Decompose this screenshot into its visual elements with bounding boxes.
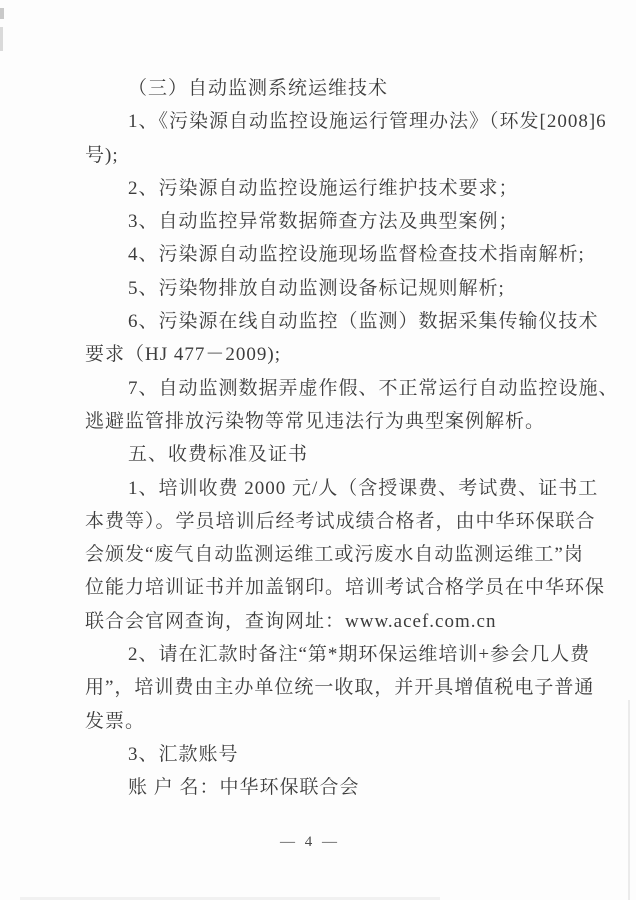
text-line: 位能力培训证书并加盖钢印。培训考试合格学员在中华环保 [85, 571, 563, 604]
text-line: 2、污染源自动监控设施运行维护技术要求； [85, 172, 563, 205]
text-line: 1、培训收费 2000 元/人（含授课费、考试费、证书工 [85, 472, 563, 505]
text-line: 2、请在汇款时备注“第*期环保运维培训+参会几人费 [85, 638, 563, 671]
text-line: 用”，培训费由主办单位统一收取，并开具增值税电子普通 [85, 671, 563, 704]
text-line: 号); [85, 139, 563, 172]
text-line: （三）自动监测系统运维技术 [85, 72, 563, 105]
text-line: 5、污染物排放自动监测设备标记规则解析; [85, 272, 563, 305]
text-line: 账 户 名：中华环保联合会 [85, 771, 563, 804]
text-line: 发票。 [85, 705, 563, 738]
text-line: 五、收费标准及证书 [85, 438, 563, 471]
text-line: 7、自动监测数据弄虚作假、不正常运行自动监控设施、 [85, 372, 563, 405]
scan-shadow-right-edge [628, 700, 630, 900]
text-line: 1、《污染源自动监控设施运行管理办法》（环发[2008]6 [85, 105, 563, 138]
text-line: 3、自动监控异常数据筛查方法及典型案例； [85, 205, 563, 238]
scan-artifact-top-left-1 [0, 8, 4, 19]
text-line: 联合会官网查询，查询网址：www.acef.com.cn [85, 605, 563, 638]
scan-artifact-top-left-2 [0, 27, 3, 51]
text-line: 逃避监管排放污染物等常见违法行为典型案例解析。 [85, 405, 563, 438]
text-line: 要求（HJ 477－2009); [85, 338, 563, 371]
text-line: 4、污染源自动监控设施现场监督检查技术指南解析; [85, 238, 563, 271]
page-number: — 4 — [85, 834, 535, 851]
scanned-document-page: （三）自动监测系统运维技术1、《污染源自动监控设施运行管理办法》（环发[2008… [0, 0, 636, 900]
text-line: 本费等）。学员培训后经考试成绩合格者，由中华环保联合 [85, 505, 563, 538]
text-line: 会颁发“废气自动监测运维工或污废水自动监测运维工”岗 [85, 538, 563, 571]
text-line: 3、汇款账号 [85, 738, 563, 771]
document-body: （三）自动监测系统运维技术1、《污染源自动监控设施运行管理办法》（环发[2008… [85, 72, 563, 805]
text-line: 6、污染源在线自动监控（监测）数据采集传输仪技术 [85, 305, 563, 338]
